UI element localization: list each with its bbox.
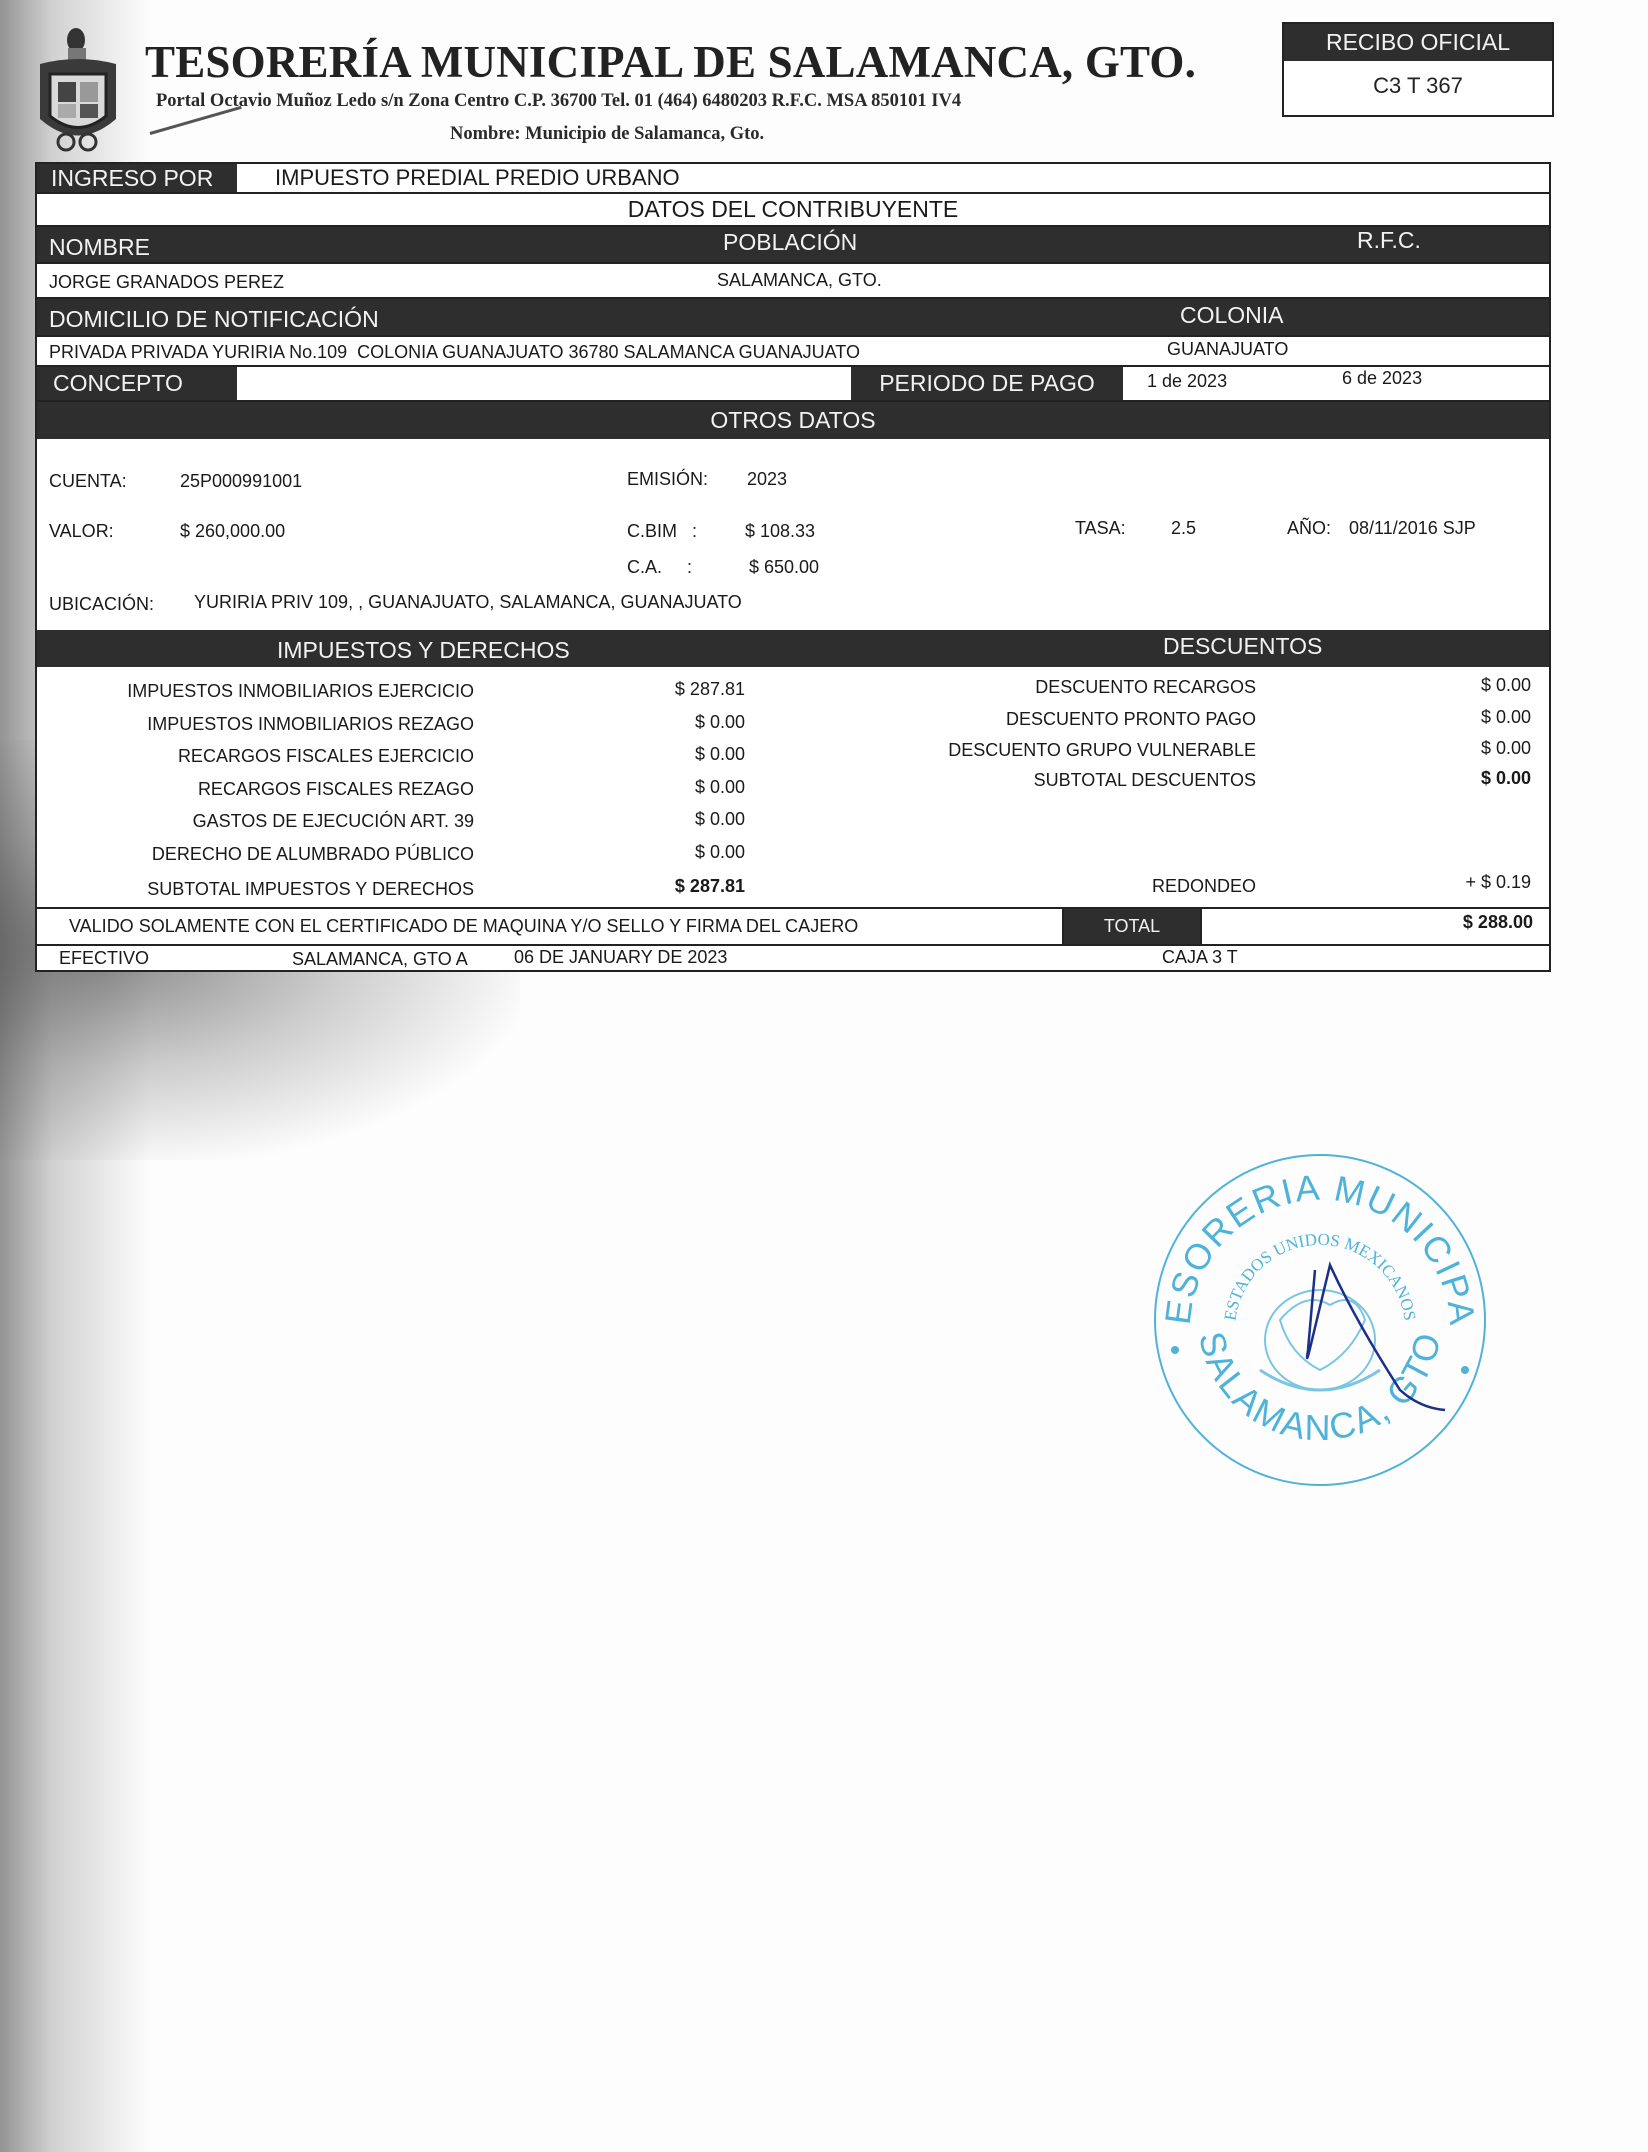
impuestos-subtotal-amount: $ 287.81: [675, 876, 745, 897]
ingreso-row: INGRESO POR IMPUESTO PREDIAL PREDIO URBA…: [37, 164, 1549, 194]
ingreso-label: INGRESO POR: [37, 164, 237, 192]
descuento-item-amount: $ 0.00: [1481, 707, 1531, 728]
periodo-hasta: 6 de 2023: [1342, 368, 1422, 389]
poblacion-value: SALAMANCA, GTO.: [717, 270, 882, 291]
page-title: TESORERÍA MUNICIPAL DE SALAMANCA, GTO.: [145, 36, 1196, 88]
domicilio-value: PRIVADA PRIVADA YURIRIA No.109 COLONIA G…: [49, 342, 860, 363]
descuentos-title: DESCUENTOS: [1163, 633, 1322, 660]
municipality-name: Nombre: Municipio de Salamanca, Gto.: [450, 124, 764, 145]
impuesto-item-label: DERECHO DE ALUMBRADO PÚBLICO: [152, 844, 474, 865]
impuesto-item-amount: $ 0.00: [695, 809, 745, 830]
impuestos-body: IMPUESTOS INMOBILIARIOS EJERCICIO$ 287.8…: [37, 667, 1549, 909]
ubicacion-label: UBICACIÓN:: [49, 594, 154, 615]
receipt-number: C3 T 367: [1284, 61, 1552, 111]
total-label: TOTAL: [1064, 909, 1200, 944]
validity-note: VALIDO SOLAMENTE CON EL CERTIFICADO DE M…: [69, 916, 858, 937]
stamp-bottom-text: SALAMANCA, GTO: [1191, 1327, 1450, 1448]
impuesto-item-amount: $ 0.00: [695, 712, 745, 733]
nombre-value: JORGE GRANADOS PEREZ: [49, 272, 284, 293]
descuento-item-amount: $ 0.00: [1481, 675, 1531, 696]
periodo-label: PERIODO DE PAGO: [851, 367, 1123, 400]
tasa-value: 2.5: [1171, 518, 1196, 539]
concepto-label: CONCEPTO: [37, 367, 237, 400]
cuenta-label: CUENTA:: [49, 471, 127, 492]
impuestos-title: IMPUESTOS Y DERECHOS: [277, 637, 570, 664]
otros-datos-body: CUENTA: 25P000991001 EMISIÓN: 2023 VALOR…: [37, 439, 1549, 630]
domicilio-label: DOMICILIO DE NOTIFICACIÓN: [49, 306, 379, 333]
cuenta-value: 25P000991001: [180, 471, 302, 492]
poblacion-label: POBLACIÓN: [723, 229, 857, 256]
descuentos-subtotal-label: SUBTOTAL DESCUENTOS: [1034, 770, 1256, 791]
payment-date: 06 DE JANUARY DE 2023: [514, 947, 727, 968]
nombre-label: NOMBRE: [49, 234, 150, 261]
tasa-label: TASA:: [1075, 518, 1126, 539]
ubicacion-value: YURIRIA PRIV 109, , GUANAJUATO, SALAMANC…: [194, 592, 742, 613]
cbim-value: $ 108.33: [745, 521, 815, 542]
impuesto-item-label: GASTOS DE EJECUCIÓN ART. 39: [193, 811, 474, 832]
impuesto-item-amount: $ 0.00: [695, 842, 745, 863]
payment-row: EFECTIVO SALAMANCA, GTO A 06 DE JANUARY …: [37, 946, 1549, 972]
contribuyente-title-row: DATOS DEL CONTRIBUYENTE: [37, 194, 1549, 227]
descuento-item-label: DESCUENTO RECARGOS: [1035, 677, 1256, 698]
nombre-header-row: NOMBRE POBLACIÓN R.F.C.: [37, 227, 1549, 264]
impuesto-item-label: IMPUESTOS INMOBILIARIOS EJERCICIO: [127, 681, 474, 702]
receipt-table: INGRESO POR IMPUESTO PREDIAL PREDIO URBA…: [35, 162, 1551, 972]
redondeo-amount: + $ 0.19: [1465, 872, 1531, 893]
caja: CAJA 3 T: [1162, 947, 1238, 968]
descuentos-subtotal-amount: $ 0.00: [1481, 768, 1531, 789]
anio-value: 08/11/2016 SJP: [1349, 518, 1476, 539]
total-row: VALIDO SOLAMENTE CON EL CERTIFICADO DE M…: [37, 909, 1549, 946]
valor-label: VALOR:: [49, 521, 114, 542]
cbim-label: C.BIM :: [627, 521, 697, 542]
emision-label: EMISIÓN:: [627, 469, 708, 490]
domicilio-value-row: PRIVADA PRIVADA YURIRIA No.109 COLONIA G…: [37, 337, 1549, 367]
colonia-value: GUANAJUATO: [1167, 339, 1288, 360]
receipt-label: RECIBO OFICIAL: [1284, 24, 1552, 61]
payment-place: SALAMANCA, GTO A: [292, 949, 468, 970]
total-label-cell: TOTAL: [1062, 909, 1202, 944]
impuesto-item-amount: $ 287.81: [675, 679, 745, 700]
emision-value: 2023: [747, 469, 787, 490]
otros-datos-title: OTROS DATOS: [37, 407, 1549, 434]
coat-of-arms-icon: [28, 24, 128, 159]
concepto-row: CONCEPTO PERIODO DE PAGO 1 de 2023 6 de …: [37, 367, 1549, 402]
receipt-number-box: RECIBO OFICIAL C3 T 367: [1282, 22, 1554, 117]
impuesto-item-label: RECARGOS FISCALES REZAGO: [198, 779, 474, 800]
impuestos-subtotal-label: SUBTOTAL IMPUESTOS Y DERECHOS: [147, 879, 474, 900]
redondeo-label: REDONDEO: [1152, 876, 1256, 897]
payment-method: EFECTIVO: [59, 948, 149, 969]
colonia-label: COLONIA: [1180, 302, 1284, 329]
impuestos-header: IMPUESTOS Y DERECHOS DESCUENTOS: [37, 630, 1549, 667]
descuento-item-amount: $ 0.00: [1481, 738, 1531, 759]
impuesto-item-amount: $ 0.00: [695, 744, 745, 765]
nombre-value-row: JORGE GRANADOS PEREZ SALAMANCA, GTO.: [37, 264, 1549, 299]
periodo-desde: 1 de 2023: [1147, 371, 1227, 392]
impuesto-item-amount: $ 0.00: [695, 777, 745, 798]
descuento-item-label: DESCUENTO PRONTO PAGO: [1006, 709, 1256, 730]
impuesto-item-label: RECARGOS FISCALES EJERCICIO: [178, 746, 474, 767]
impuesto-item-label: IMPUESTOS INMOBILIARIOS REZAGO: [147, 714, 474, 735]
anio-label: AÑO:: [1287, 518, 1331, 539]
otros-datos-header: OTROS DATOS: [37, 402, 1549, 439]
ingreso-value: IMPUESTO PREDIAL PREDIO URBANO: [275, 164, 680, 192]
valor-value: $ 260,000.00: [180, 521, 285, 542]
official-seal-stamp: TESORERIA MUNICIPAL SALAMANCA, GTO ESTAD…: [1140, 1140, 1500, 1500]
domicilio-header-row: DOMICILIO DE NOTIFICACIÓN COLONIA: [37, 299, 1549, 337]
ca-label: C.A. :: [627, 557, 692, 578]
descuento-item-label: DESCUENTO GRUPO VULNERABLE: [948, 740, 1256, 761]
total-amount: $ 288.00: [1463, 912, 1533, 933]
contribuyente-title: DATOS DEL CONTRIBUYENTE: [37, 194, 1549, 225]
svg-text:SALAMANCA, GTO: SALAMANCA, GTO: [1191, 1327, 1450, 1448]
address-line: Portal Octavio Muñoz Ledo s/n Zona Centr…: [156, 91, 961, 112]
rfc-label: R.F.C.: [1357, 227, 1421, 254]
ca-value: $ 650.00: [749, 557, 819, 578]
